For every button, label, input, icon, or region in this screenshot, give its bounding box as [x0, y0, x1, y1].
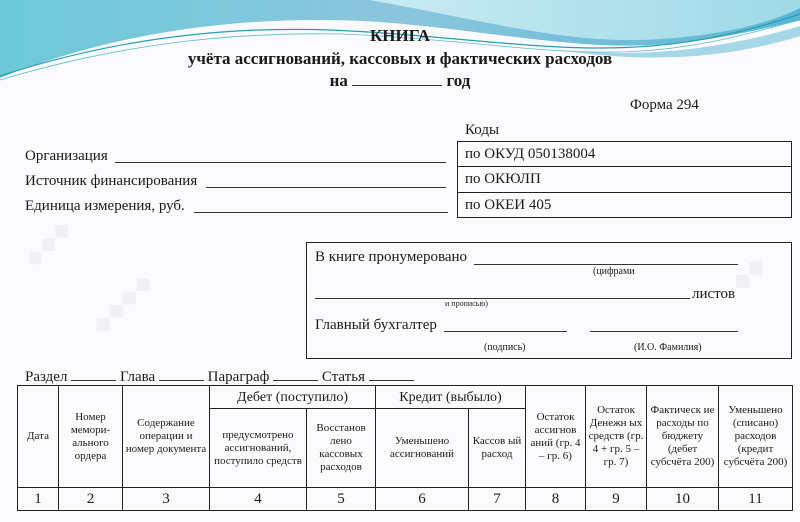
- code-okei: по ОКЕИ 405: [458, 193, 791, 218]
- column-number: 10: [647, 488, 719, 511]
- col-header-remaining-funds: Остаток Денежн ых средств (гр. 4 + гр. 5…: [586, 386, 647, 488]
- code-okud: по ОКУД 050138004: [458, 142, 791, 167]
- col-header-remaining-allocations: Остаток ассигнов аний (гр. 4 – гр. 6): [526, 386, 586, 488]
- funding-source-field[interactable]: [206, 187, 446, 188]
- funding-source-label: Источник финансирования: [25, 172, 197, 190]
- col-header-operation: Содержание операции и номер документа: [123, 386, 210, 488]
- column-number: 7: [469, 488, 526, 511]
- classification-line: Раздел Глава Параграф Статья: [25, 366, 414, 386]
- col-header-date: Дата: [18, 386, 59, 488]
- hint-digits: (цифрами: [593, 266, 635, 278]
- document-title: КНИГА: [0, 26, 800, 46]
- col-header-allocated: предусмотрено ассигнований, поступило ср…: [210, 409, 307, 488]
- paragraph-label: Параграф: [208, 369, 270, 385]
- numbered-label: В книге пронумеровано: [315, 248, 467, 266]
- organization-label: Организация: [25, 147, 108, 165]
- col-header-memo-order: Номер мемори-ального ордера: [59, 386, 123, 488]
- group-header-debit: Дебет (поступило): [210, 386, 376, 409]
- ledger-table: Дата Номер мемори-ального ордера Содержа…: [17, 385, 793, 511]
- col-header-cash-expense: Кассов ый расход: [469, 409, 526, 488]
- chief-accountant-label: Главный бухгалтер: [315, 316, 437, 334]
- year-input[interactable]: [352, 71, 442, 86]
- codes-heading: Коды: [465, 121, 499, 139]
- year-suffix: год: [446, 71, 470, 90]
- column-number: 11: [719, 488, 793, 511]
- year-prefix: на: [330, 71, 348, 90]
- sheets-count-digits-field[interactable]: [474, 264, 738, 265]
- column-number: 1: [18, 488, 59, 511]
- section-label: Раздел: [25, 369, 67, 385]
- column-number: 5: [307, 488, 376, 511]
- column-number: 6: [376, 488, 469, 511]
- article-field[interactable]: [369, 366, 414, 381]
- col-header-restored: Восстанов лено кассовых расходов: [307, 409, 376, 488]
- col-header-reduced-expenses: Уменьшено (списано) расходов (кредит суб…: [719, 386, 793, 488]
- unit-field[interactable]: [194, 212, 448, 213]
- codes-box: по ОКУД 050138004 по ОКЮЛП по ОКЕИ 405: [457, 141, 792, 218]
- full-name-field[interactable]: [590, 331, 738, 332]
- year-line: на год: [0, 71, 800, 91]
- group-header-credit: Кредит (выбыло): [376, 386, 526, 409]
- hint-name: (И.О. Фамилия): [634, 342, 702, 354]
- column-number: 2: [59, 488, 123, 511]
- paragraph-field[interactable]: [273, 366, 318, 381]
- chapter-label: Глава: [120, 369, 155, 385]
- document-subtitle: учёта ассигнований, кассовых и фактическ…: [0, 49, 800, 69]
- organization-field[interactable]: [115, 162, 446, 163]
- hint-signature: (подпись): [484, 342, 526, 354]
- article-label: Статья: [322, 369, 365, 385]
- column-numbers-row: 1 2 3 4 5 6 7 8 9 10 11: [18, 488, 793, 511]
- section-field[interactable]: [71, 366, 116, 381]
- form-number: Форма 294: [630, 96, 699, 114]
- hint-words: и прописью): [445, 298, 488, 310]
- column-number: 4: [210, 488, 307, 511]
- col-header-reduced-allocations: Уменьшено ассигнований: [376, 409, 469, 488]
- sheets-count-words-field[interactable]: [315, 298, 690, 299]
- sheets-label: листов: [692, 285, 735, 303]
- column-number: 8: [526, 488, 586, 511]
- col-header-actual-expenses: Фактическ ие расходы по бюджету (дебет с…: [647, 386, 719, 488]
- code-okyulp: по ОКЮЛП: [458, 167, 791, 192]
- signature-field[interactable]: [444, 331, 567, 332]
- column-number: 9: [586, 488, 647, 511]
- unit-label: Единица измерения, руб.: [25, 197, 185, 215]
- column-number: 3: [123, 488, 210, 511]
- chapter-field[interactable]: [159, 366, 204, 381]
